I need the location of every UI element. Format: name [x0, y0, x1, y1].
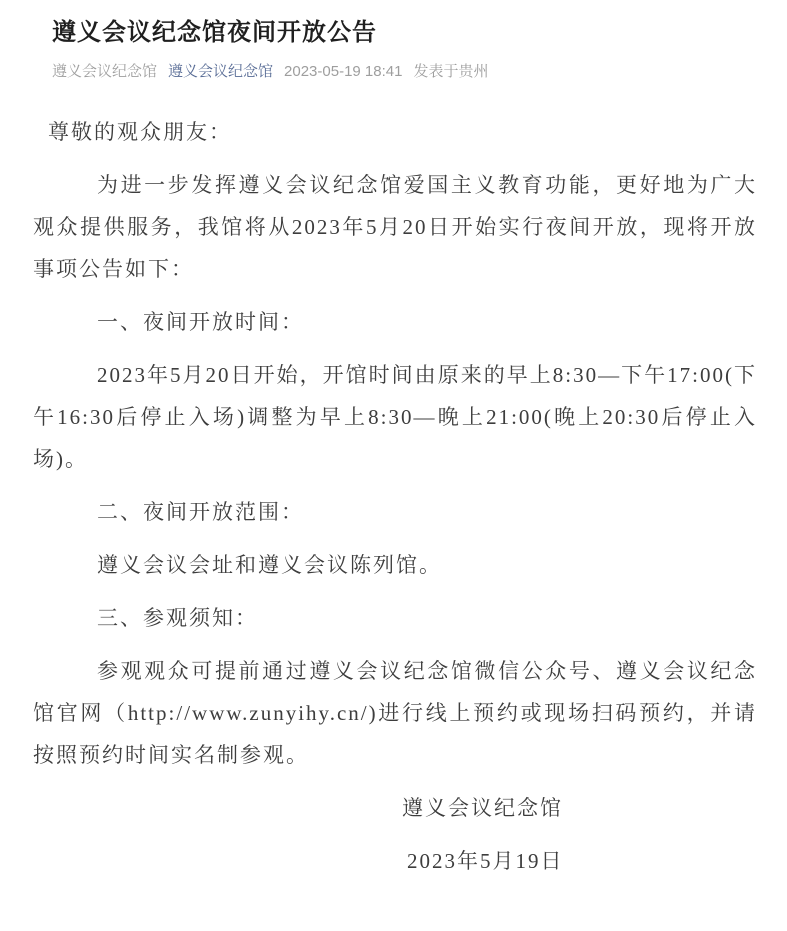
section-1-body: 2023年5月20日开始，开馆时间由原来的早上8:30—下午17:00(下午16… — [33, 354, 757, 480]
section-3-heading: 三、参观须知： — [33, 597, 757, 639]
intro-paragraph: 为进一步发挥遵义会议纪念馆爱国主义教育功能，更好地为广大观众提供服务，我馆将从2… — [33, 164, 757, 290]
publish-time: 2023-05-19 18:41 — [284, 62, 402, 81]
signature: 遵义会议纪念馆 — [33, 787, 757, 829]
publish-location: 发表于贵州 — [413, 62, 488, 81]
salutation: 尊敬的观众朋友： — [33, 111, 757, 153]
section-3-body: 参观观众可提前通过遵义会议纪念馆微信公众号、遵义会议纪念馆官网（http://w… — [33, 650, 757, 776]
section-1-heading: 一、夜间开放时间： — [33, 301, 757, 343]
section-2-heading: 二、夜间开放范围： — [33, 491, 757, 533]
article-body: 尊敬的观众朋友： 为进一步发挥遵义会议纪念馆爱国主义教育功能，更好地为广大观众提… — [33, 111, 757, 882]
section-2-body: 遵义会议会址和遵义会议陈列馆。 — [33, 544, 757, 586]
article-title: 遵义会议纪念馆夜间开放公告 — [52, 18, 757, 48]
account-link[interactable]: 遵义会议纪念馆 — [168, 62, 273, 81]
signature-date: 2023年5月19日 — [33, 840, 757, 882]
article-page: 遵义会议纪念馆夜间开放公告 遵义会议纪念馆 遵义会议纪念馆 2023-05-19… — [0, 0, 787, 882]
author-name: 遵义会议纪念馆 — [52, 62, 157, 81]
article-meta: 遵义会议纪念馆 遵义会议纪念馆 2023-05-19 18:41 发表于贵州 — [52, 62, 757, 81]
